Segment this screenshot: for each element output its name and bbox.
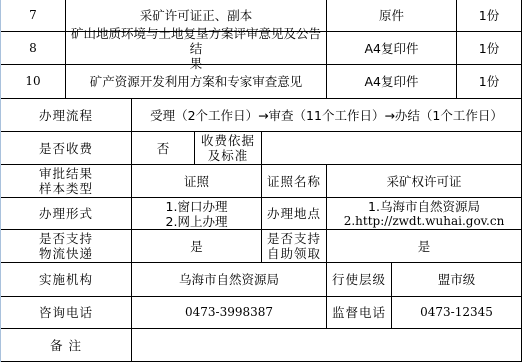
supervise-phone-label: 监督电话 xyxy=(327,297,392,329)
self-pickup-label-line2: 自助领取 xyxy=(267,246,321,261)
level-value: 盟市级 xyxy=(392,263,522,297)
material-index: 8 xyxy=(1,32,66,65)
agency-value: 乌海市自然资源局 xyxy=(132,263,327,297)
material-form: A4复印件 xyxy=(327,32,457,65)
fee-basis-value xyxy=(262,132,522,165)
handling-form-line1: 1.窗口办理 xyxy=(166,199,228,214)
remarks-value xyxy=(132,329,522,362)
handling-location-url: 2.http://zwdt.wuhai.gov.cn xyxy=(344,214,505,229)
remarks-label: 备 注 xyxy=(1,329,132,362)
supervise-phone-value: 0473-12345 xyxy=(392,297,522,329)
fee-basis-label-line2: 及标准 xyxy=(208,148,249,163)
material-count: 1份 xyxy=(457,0,522,32)
material-name: 矿山地质环境与土地复垦方案评审意见及公告结 果 xyxy=(66,32,327,65)
material-count: 1份 xyxy=(457,32,522,65)
handling-location-line1: 1.乌海市自然资源局 xyxy=(368,199,480,214)
self-pickup-label-line1: 是否支持 xyxy=(267,231,321,246)
material-index: 7 xyxy=(1,0,66,32)
delivery-label-line2: 物流快递 xyxy=(39,246,93,261)
process-value: 受理（2个工作日）→审查（11个工作日）→办结（1个工作日） xyxy=(132,99,522,132)
result-type-label-line2: 样本类型 xyxy=(39,181,93,196)
handling-form-label: 办理形式 xyxy=(1,198,132,230)
self-pickup-label: 是否支持 自助领取 xyxy=(262,230,327,263)
material-index: 10 xyxy=(1,65,66,99)
level-label: 行使层级 xyxy=(327,263,392,297)
result-type-label-line1: 审批结果 xyxy=(39,166,93,181)
fee-basis-label: 收费依据 及标准 xyxy=(195,132,262,165)
fee-label: 是否收费 xyxy=(1,132,132,165)
material-count: 1份 xyxy=(457,65,522,99)
material-name-line1: 矿山地质环境与土地复垦方案评审意见及公告结 xyxy=(66,26,326,56)
material-form: A4复印件 xyxy=(327,65,457,99)
consult-phone-value: 0473-3998387 xyxy=(132,297,327,329)
handling-form-line2: 2.网上办理 xyxy=(166,214,228,229)
handling-location-value: 1.乌海市自然资源局 2.http://zwdt.wuhai.gov.cn xyxy=(327,198,522,230)
consult-phone-label: 咨询电话 xyxy=(1,297,132,329)
delivery-label: 是否支持 物流快递 xyxy=(1,230,132,263)
handling-location-label: 办理地点 xyxy=(262,198,327,230)
delivery-value: 是 xyxy=(132,230,262,263)
self-pickup-value: 是 xyxy=(327,230,522,263)
process-label: 办理流程 xyxy=(1,99,132,132)
material-form: 原件 xyxy=(327,0,457,32)
result-type-label: 审批结果 样本类型 xyxy=(1,165,132,198)
fee-value: 否 xyxy=(132,132,195,165)
cert-name-value: 采矿权许可证 xyxy=(327,165,522,198)
material-name: 矿产资源开发利用方案和专家审查意见 xyxy=(66,65,327,99)
agency-label: 实施机构 xyxy=(1,263,132,297)
handling-form-value: 1.窗口办理 2.网上办理 xyxy=(132,198,262,230)
fee-basis-label-line1: 收费依据 xyxy=(201,133,255,148)
cert-name-label: 证照名称 xyxy=(262,165,327,198)
result-type-value: 证照 xyxy=(132,165,262,198)
delivery-label-line1: 是否支持 xyxy=(39,231,93,246)
